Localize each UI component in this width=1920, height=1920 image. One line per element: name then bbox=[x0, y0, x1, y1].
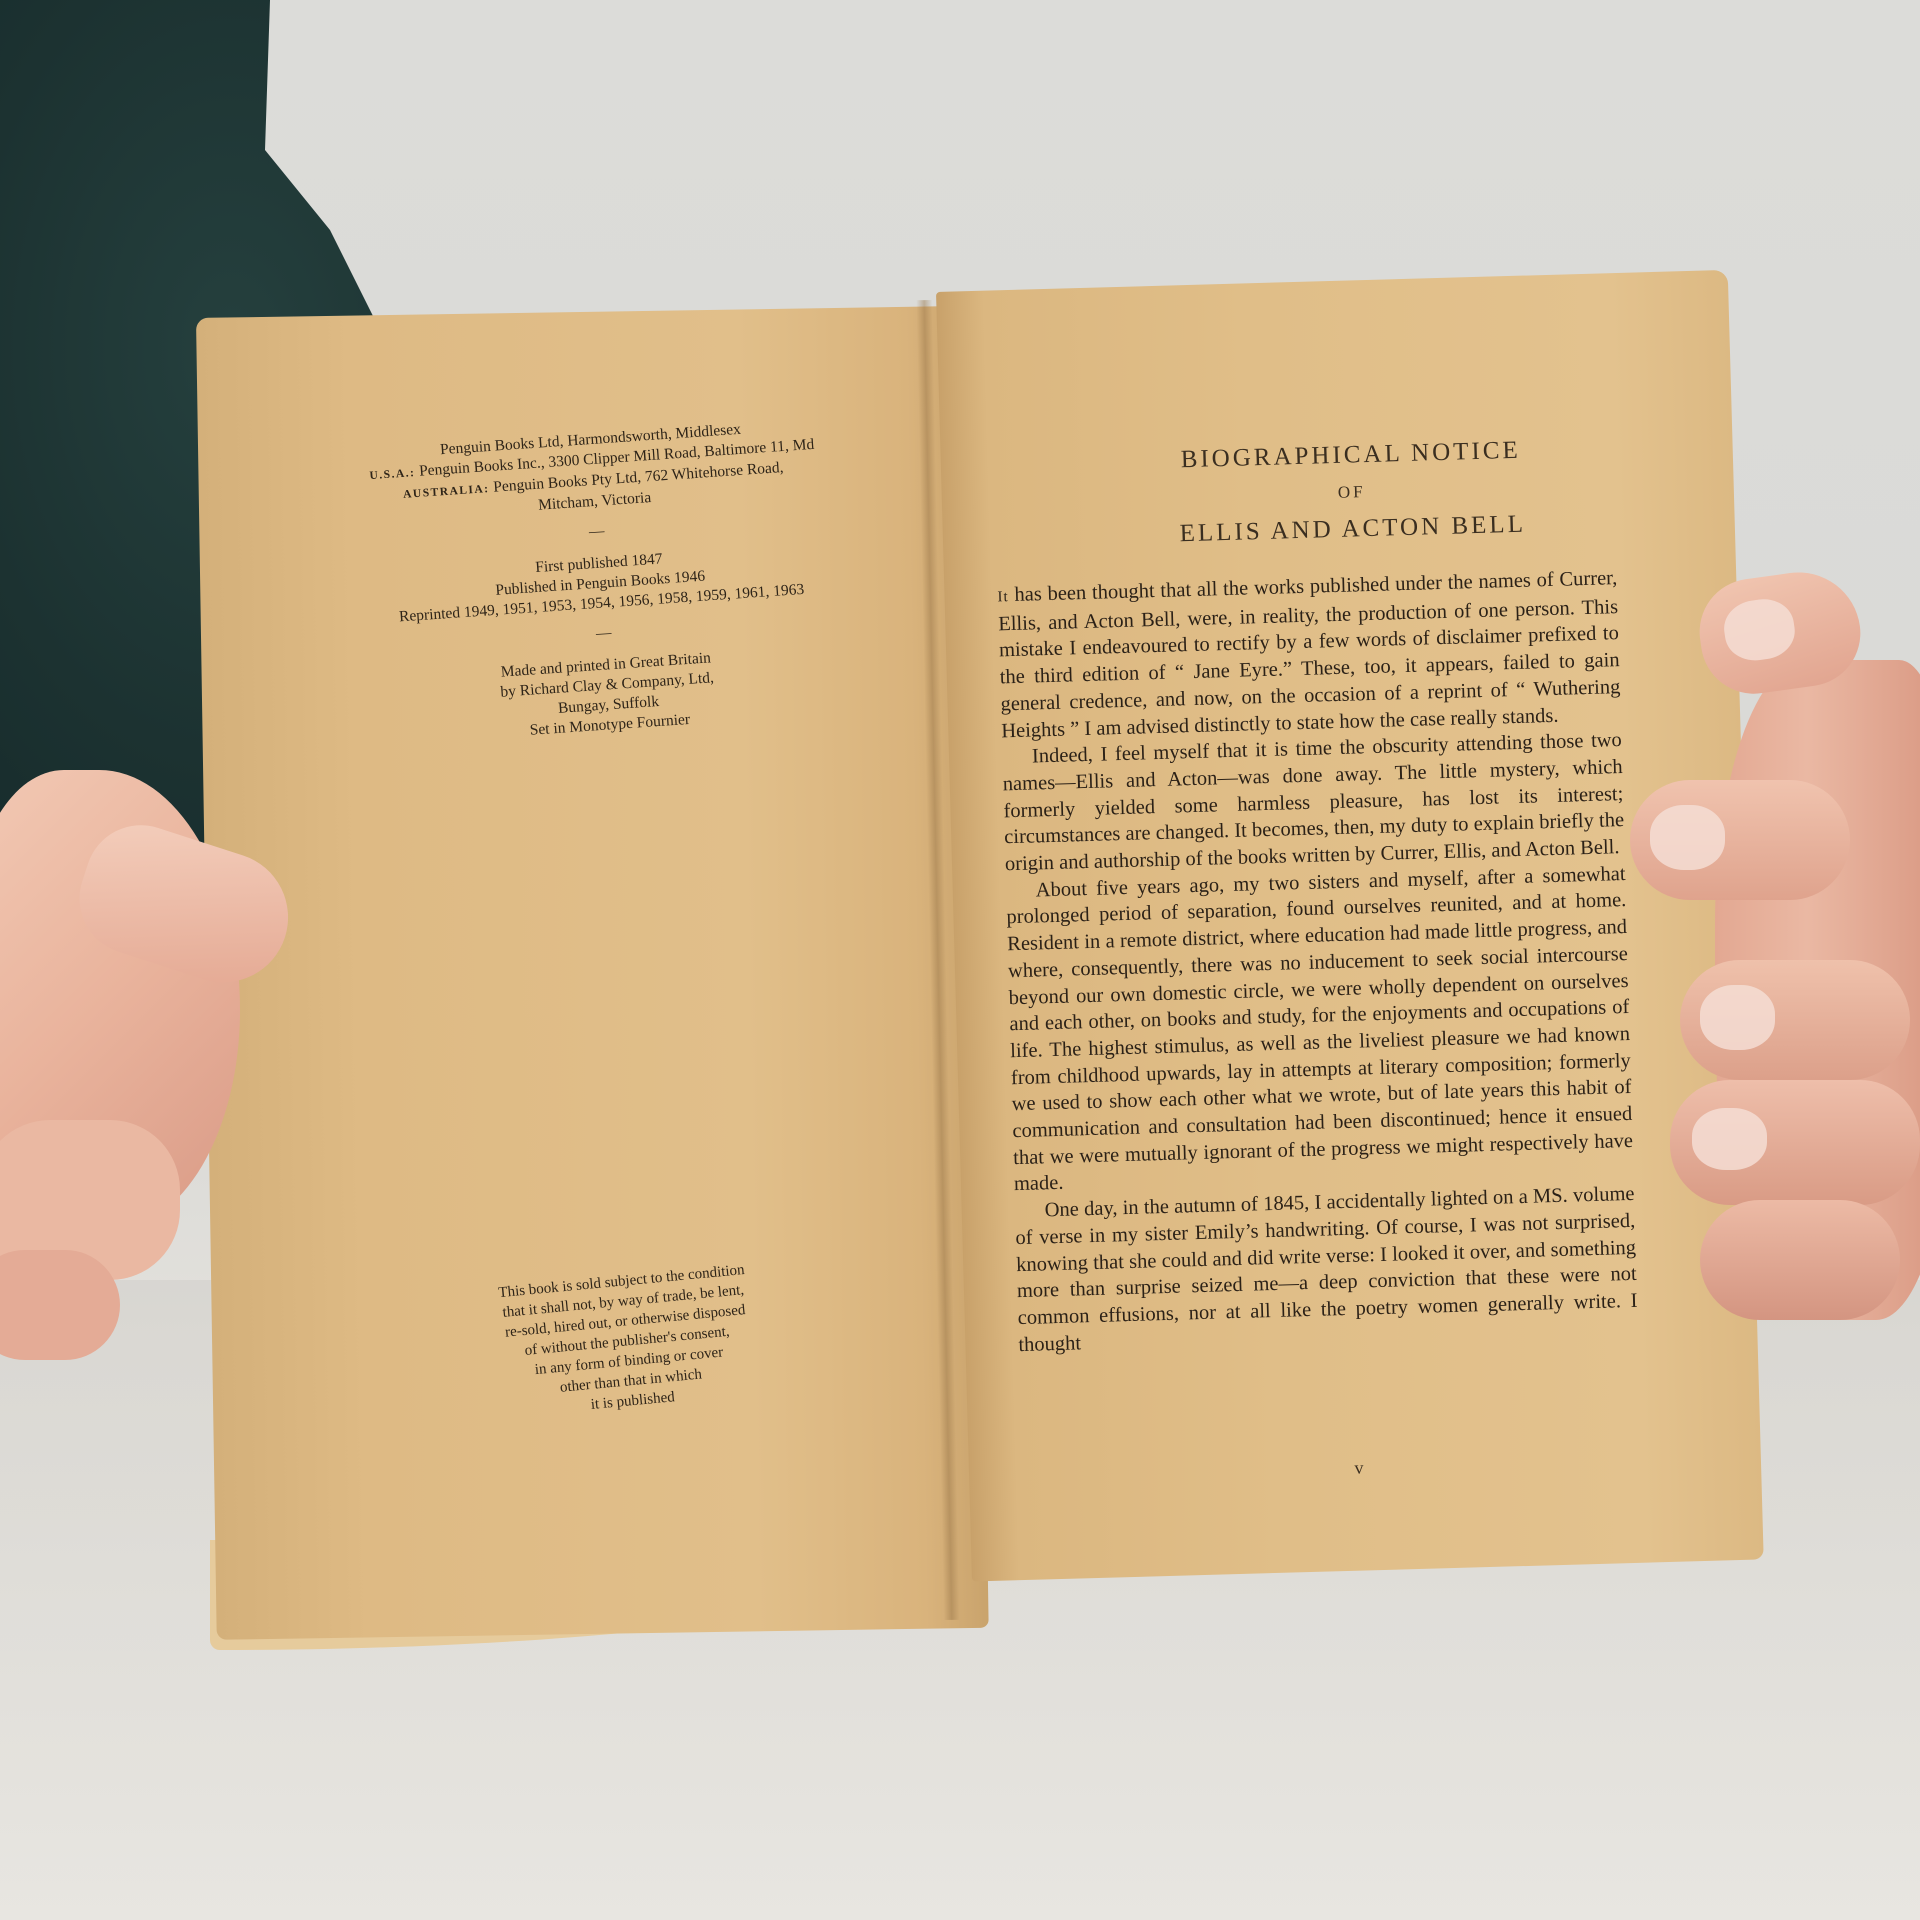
condition-notice: This book is sold subject to the conditi… bbox=[461, 1257, 793, 1426]
thumbnail bbox=[1721, 595, 1799, 664]
paragraph-3: About five years ago, my two sisters and… bbox=[1005, 861, 1634, 1199]
fingernail bbox=[1700, 985, 1775, 1050]
drop-cap: It bbox=[997, 589, 1009, 605]
paragraph-1-text: has been thought that all the works publ… bbox=[998, 567, 1621, 742]
fingernail bbox=[1650, 805, 1725, 870]
right-page[interactable]: BIOGRAPHICAL NOTICE OF ELLIS AND ACTON B… bbox=[936, 270, 1764, 1582]
paragraph-2: Indeed, I feel myself that it is time th… bbox=[1002, 727, 1625, 878]
australia-label: AUSTRALIA: bbox=[403, 483, 490, 501]
left-page[interactable]: Penguin Books Ltd, Harmondsworth, Middle… bbox=[196, 306, 989, 1640]
open-book: Penguin Books Ltd, Harmondsworth, Middle… bbox=[0, 0, 1920, 1920]
right-hand-finger bbox=[1670, 1080, 1920, 1205]
page-number: v bbox=[969, 1447, 1749, 1490]
left-hand-finger bbox=[0, 1250, 120, 1360]
chapter-title: BIOGRAPHICAL NOTICE OF ELLIS AND ACTON B… bbox=[1000, 426, 1703, 560]
imprint-block: Penguin Books Ltd, Harmondsworth, Middle… bbox=[310, 411, 890, 754]
right-hand-finger bbox=[1700, 1200, 1900, 1320]
right-hand-finger bbox=[1680, 960, 1910, 1080]
paragraph-1: It has been thought that all the works p… bbox=[997, 565, 1621, 744]
body-text: It has been thought that all the works p… bbox=[997, 565, 1638, 1358]
usa-label: U.S.A.: bbox=[369, 467, 416, 482]
right-hand-finger bbox=[1630, 780, 1850, 900]
paragraph-4: One day, in the autumn of 1845, I accide… bbox=[1014, 1181, 1638, 1358]
fingernail bbox=[1692, 1108, 1767, 1170]
